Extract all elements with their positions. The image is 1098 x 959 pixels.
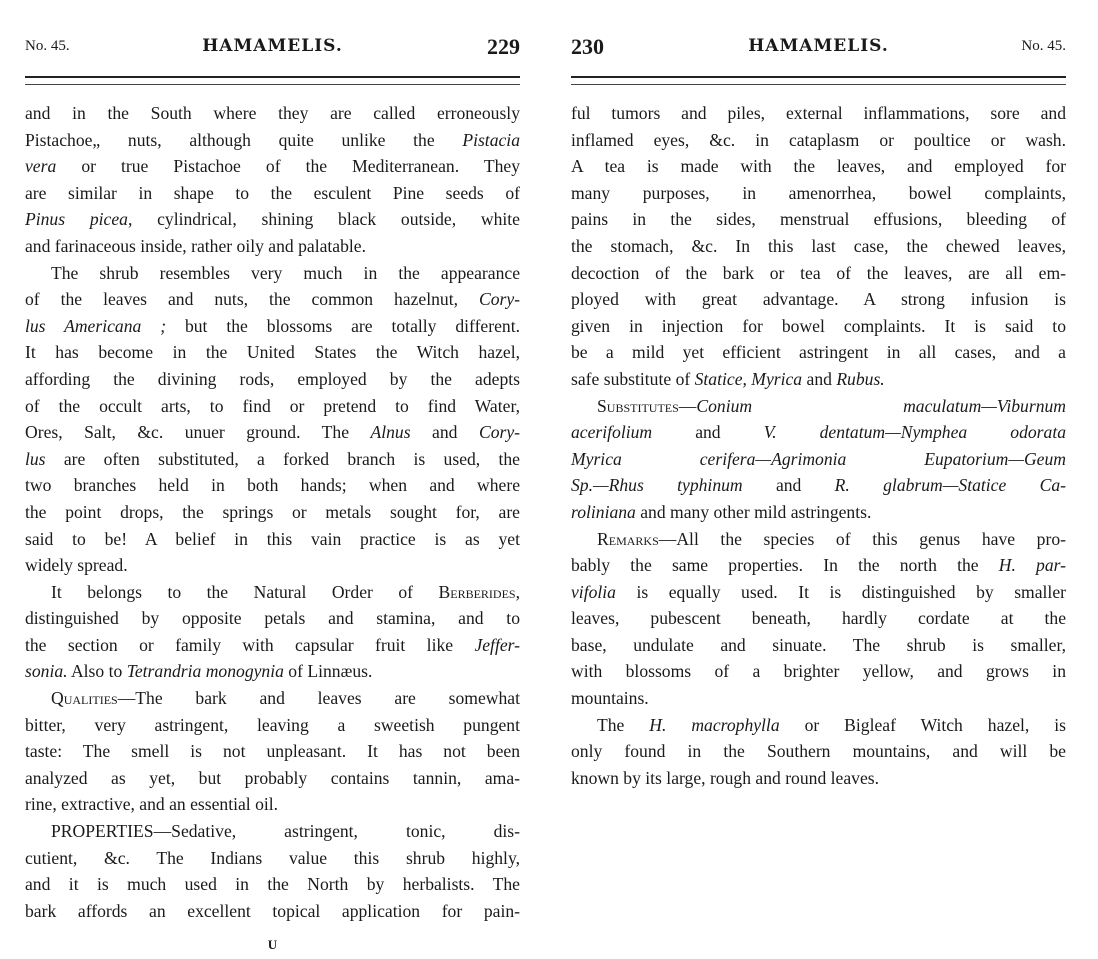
text-line: widely spread. xyxy=(25,552,520,579)
text-line: lus are often substituted, a forked bran… xyxy=(25,446,520,473)
text-line: said to be! A belief in this vain practi… xyxy=(25,526,520,553)
text-line: A tea is made with the leaves, and emplo… xyxy=(571,153,1066,180)
number-label: No. 45. xyxy=(1021,38,1066,55)
text-line: It belongs to the Natural Order of Berbe… xyxy=(25,579,520,606)
text-line: pains in the sides, menstrual effusions,… xyxy=(571,206,1066,233)
text-line: affording the divining rods, employed by… xyxy=(25,366,520,393)
text-line: the point drops, the springs or metals s… xyxy=(25,499,520,526)
text-line: given in injection for bowel complaints.… xyxy=(571,313,1066,340)
text-line: PROPERTIES—Sedative, astringent, tonic, … xyxy=(25,818,520,845)
text-line: and it is much used in the North by herb… xyxy=(25,871,520,898)
text-line: vera or true Pistachoe of the Mediterran… xyxy=(25,153,520,180)
text-line: of the occult arts, to find or pretend t… xyxy=(25,393,520,420)
text-line: be a mild yet efficient astringent in al… xyxy=(571,339,1066,366)
text-line: safe substitute of Statice, Myrica and R… xyxy=(571,366,1066,393)
text-line: only found in the Southern mountains, an… xyxy=(571,738,1066,765)
text-line: many purposes, in amenorrhea, bowel comp… xyxy=(571,180,1066,207)
text-line: It has become in the United States the W… xyxy=(25,339,520,366)
text-line: known by its large, rough and round leav… xyxy=(571,765,1066,792)
text-line: bark affords an excellent topical applic… xyxy=(25,898,520,925)
text-line: Sp.—Rhus typhinum and R. glabrum—Statice… xyxy=(571,472,1066,499)
signature-mark: U xyxy=(25,937,520,953)
left-page: No. 45. HAMAMELIS. 229 and in the South … xyxy=(25,0,520,959)
text-line: are similar in shape to the esculent Pin… xyxy=(25,180,520,207)
text-line: sonia. Also to Tetrandria monogynia of L… xyxy=(25,658,520,685)
text-line: Pinus picea, cylindrical, shining black … xyxy=(25,206,520,233)
header-rule xyxy=(25,76,520,85)
text-line: bably the same properties. In the north … xyxy=(571,552,1066,579)
text-line: taste: The smell is not unpleasant. It h… xyxy=(25,738,520,765)
text-line: and in the South where they are called e… xyxy=(25,100,520,127)
text-line: base, undulate and sinuate. The shrub is… xyxy=(571,632,1066,659)
text-line: two branches held in both hands; when an… xyxy=(25,472,520,499)
text-line: of the leaves and nuts, the common hazel… xyxy=(25,286,520,313)
text-line: Ores, Salt, &c. unuer ground. The Alnus … xyxy=(25,419,520,446)
text-line: Qualities—The bark and leaves are somewh… xyxy=(25,685,520,712)
text-line: ployed with great advantage. A strong in… xyxy=(571,286,1066,313)
text-line: rine, extractive, and an essential oil. xyxy=(25,791,520,818)
text-line: leaves, pubescent beneath, hardly cordat… xyxy=(571,605,1066,632)
text-line: the section or family with capsular frui… xyxy=(25,632,520,659)
running-title: HAMAMELIS. xyxy=(571,36,1066,56)
text-line: acerifolium and V. dentatum—Nymphea odor… xyxy=(571,419,1066,446)
text-line: Remarks—All the species of this genus ha… xyxy=(571,526,1066,553)
text-line: Pistachoe„ nuts, although quite unlike t… xyxy=(25,127,520,154)
body-text: ful tumors and piles, external inflammat… xyxy=(571,100,1066,791)
text-line: lus Americana ; but the blossoms are tot… xyxy=(25,313,520,340)
text-line: the stomach, &c. In this last case, the … xyxy=(571,233,1066,260)
text-line: The H. macrophylla or Bigleaf Witch haze… xyxy=(571,712,1066,739)
text-line: and farinaceous inside, rather oily and … xyxy=(25,233,520,260)
running-head: No. 45. HAMAMELIS. 229 xyxy=(25,30,520,60)
body-text: and in the South where they are called e… xyxy=(25,100,520,924)
text-line: roliniana and many other mild astringent… xyxy=(571,499,1066,526)
text-line: distinguished by opposite petals and sta… xyxy=(25,605,520,632)
running-head: 230 HAMAMELIS. No. 45. xyxy=(571,30,1066,60)
text-line: The shrub resembles very much in the app… xyxy=(25,260,520,287)
text-line: bitter, very astringent, leaving a sweet… xyxy=(25,712,520,739)
text-line: mountains. xyxy=(571,685,1066,712)
text-line: Myrica cerifera—Agrimonia Eupatorium—Geu… xyxy=(571,446,1066,473)
text-line: vifolia is equally used. It is distingui… xyxy=(571,579,1066,606)
running-title: HAMAMELIS. xyxy=(25,36,520,56)
page-number: 229 xyxy=(487,34,520,60)
right-page: 230 HAMAMELIS. No. 45. ful tumors and pi… xyxy=(571,0,1066,959)
text-line: decoction of the bark or tea of the leav… xyxy=(571,260,1066,287)
text-line: ful tumors and piles, external inflammat… xyxy=(571,100,1066,127)
text-line: analyzed as yet, but probably contains t… xyxy=(25,765,520,792)
text-line: with blossoms of a brighter yellow, and … xyxy=(571,658,1066,685)
text-line: Substitutes—Conium maculatum—Viburnum xyxy=(571,393,1066,420)
text-line: inflamed eyes, &c. in cataplasm or poult… xyxy=(571,127,1066,154)
text-line: cutient, &c. The Indians value this shru… xyxy=(25,845,520,872)
header-rule xyxy=(571,76,1066,85)
